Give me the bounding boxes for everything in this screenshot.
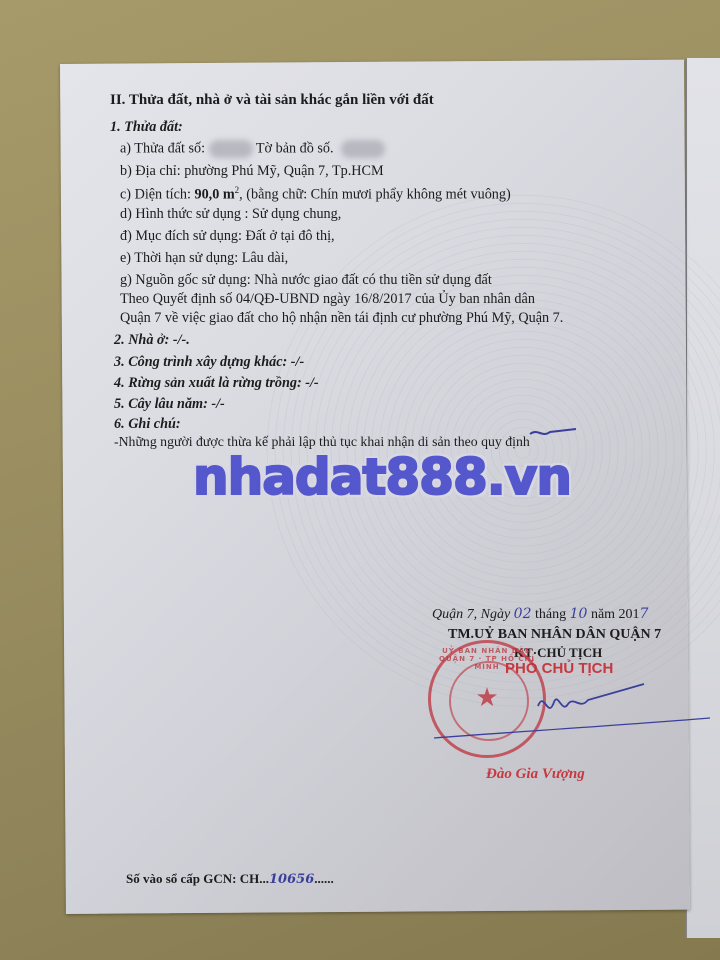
usage-origin-line2: Theo Quyết định số 04/QĐ-UBND ngày 16/8/… — [120, 291, 535, 308]
usage-purpose: đ) Mục đích sử dụng: Đất ở tại đô thị, — [120, 228, 335, 245]
section-title: II. Thửa đất, nhà ở và tài sản khác gắn … — [110, 92, 434, 109]
date-year-digit: 7 — [640, 606, 649, 622]
place-date-label: Quận 7, Ngày — [432, 607, 514, 622]
place-date: Quận 7, Ngày 02 tháng 10 năm 2017 — [432, 606, 648, 623]
land-area: c) Diện tích: 90,0 m2, (bằng chữ: Chín m… — [120, 185, 511, 204]
land-address: b) Địa chỉ: phường Phú Mỹ, Quận 7, Tp.HC… — [120, 163, 384, 180]
usage-form: d) Hình thức sử dụng : Sử dụng chung, — [120, 206, 341, 223]
production-forest-section: 4. Rừng sản xuất là rừng trồng: -/- — [114, 375, 319, 392]
redacted-parcel-number — [209, 140, 253, 158]
perennial-trees-section: 5. Cây lâu năm: -/- — [114, 396, 225, 413]
registry-number: Số vào sổ cấp GCN: CH...10656...... — [126, 871, 334, 887]
registry-label: Số vào sổ cấp GCN: CH... — [126, 871, 269, 886]
watermark-logo: nhadat888.vn — [193, 448, 571, 506]
ink-scribble-icon — [528, 424, 578, 440]
year-label: năm 201 — [587, 607, 639, 622]
registry-trailing-dots: ...... — [314, 871, 334, 886]
other-construction-section: 3. Công trình xây dựng khác: -/- — [114, 354, 304, 371]
map-sheet-label: Tờ bản đồ số. — [256, 140, 334, 156]
notes-heading: 6. Ghi chú: — [114, 416, 181, 433]
usage-origin-line3: Quận 7 về việc giao đất cho hộ nhận nền … — [120, 310, 563, 327]
date-month: 10 — [570, 606, 588, 622]
area-value: 90,0 m — [194, 187, 234, 203]
area-in-words: , (bằng chữ: Chín mươi phẩy không mét vu… — [239, 187, 511, 203]
house-section: 2. Nhà ở: -/-. — [114, 332, 190, 349]
signer-name: Đào Gia Vượng — [486, 766, 585, 783]
seal-star-icon: ★ — [431, 683, 543, 713]
area-label: c) Diện tích: — [120, 187, 194, 203]
registry-handwritten-number: 10656 — [269, 872, 314, 887]
date-day: 02 — [514, 606, 532, 622]
next-page-edge — [686, 58, 720, 938]
signature-stroke-icon — [432, 712, 712, 742]
land-heading: 1. Thửa đất: — [110, 119, 183, 136]
redacted-map-sheet — [341, 140, 385, 158]
land-parcel-number: a) Thửa đất số: Tờ bản đồ số. — [120, 140, 385, 158]
usage-term: e) Thời hạn sử dụng: Lâu dài, — [120, 250, 288, 267]
usage-origin-line1: g) Nguồn gốc sử dụng: Nhà nước giao đất … — [120, 272, 492, 289]
parcel-number-label: a) Thửa đất số: — [120, 140, 205, 156]
month-label: tháng — [532, 607, 570, 622]
